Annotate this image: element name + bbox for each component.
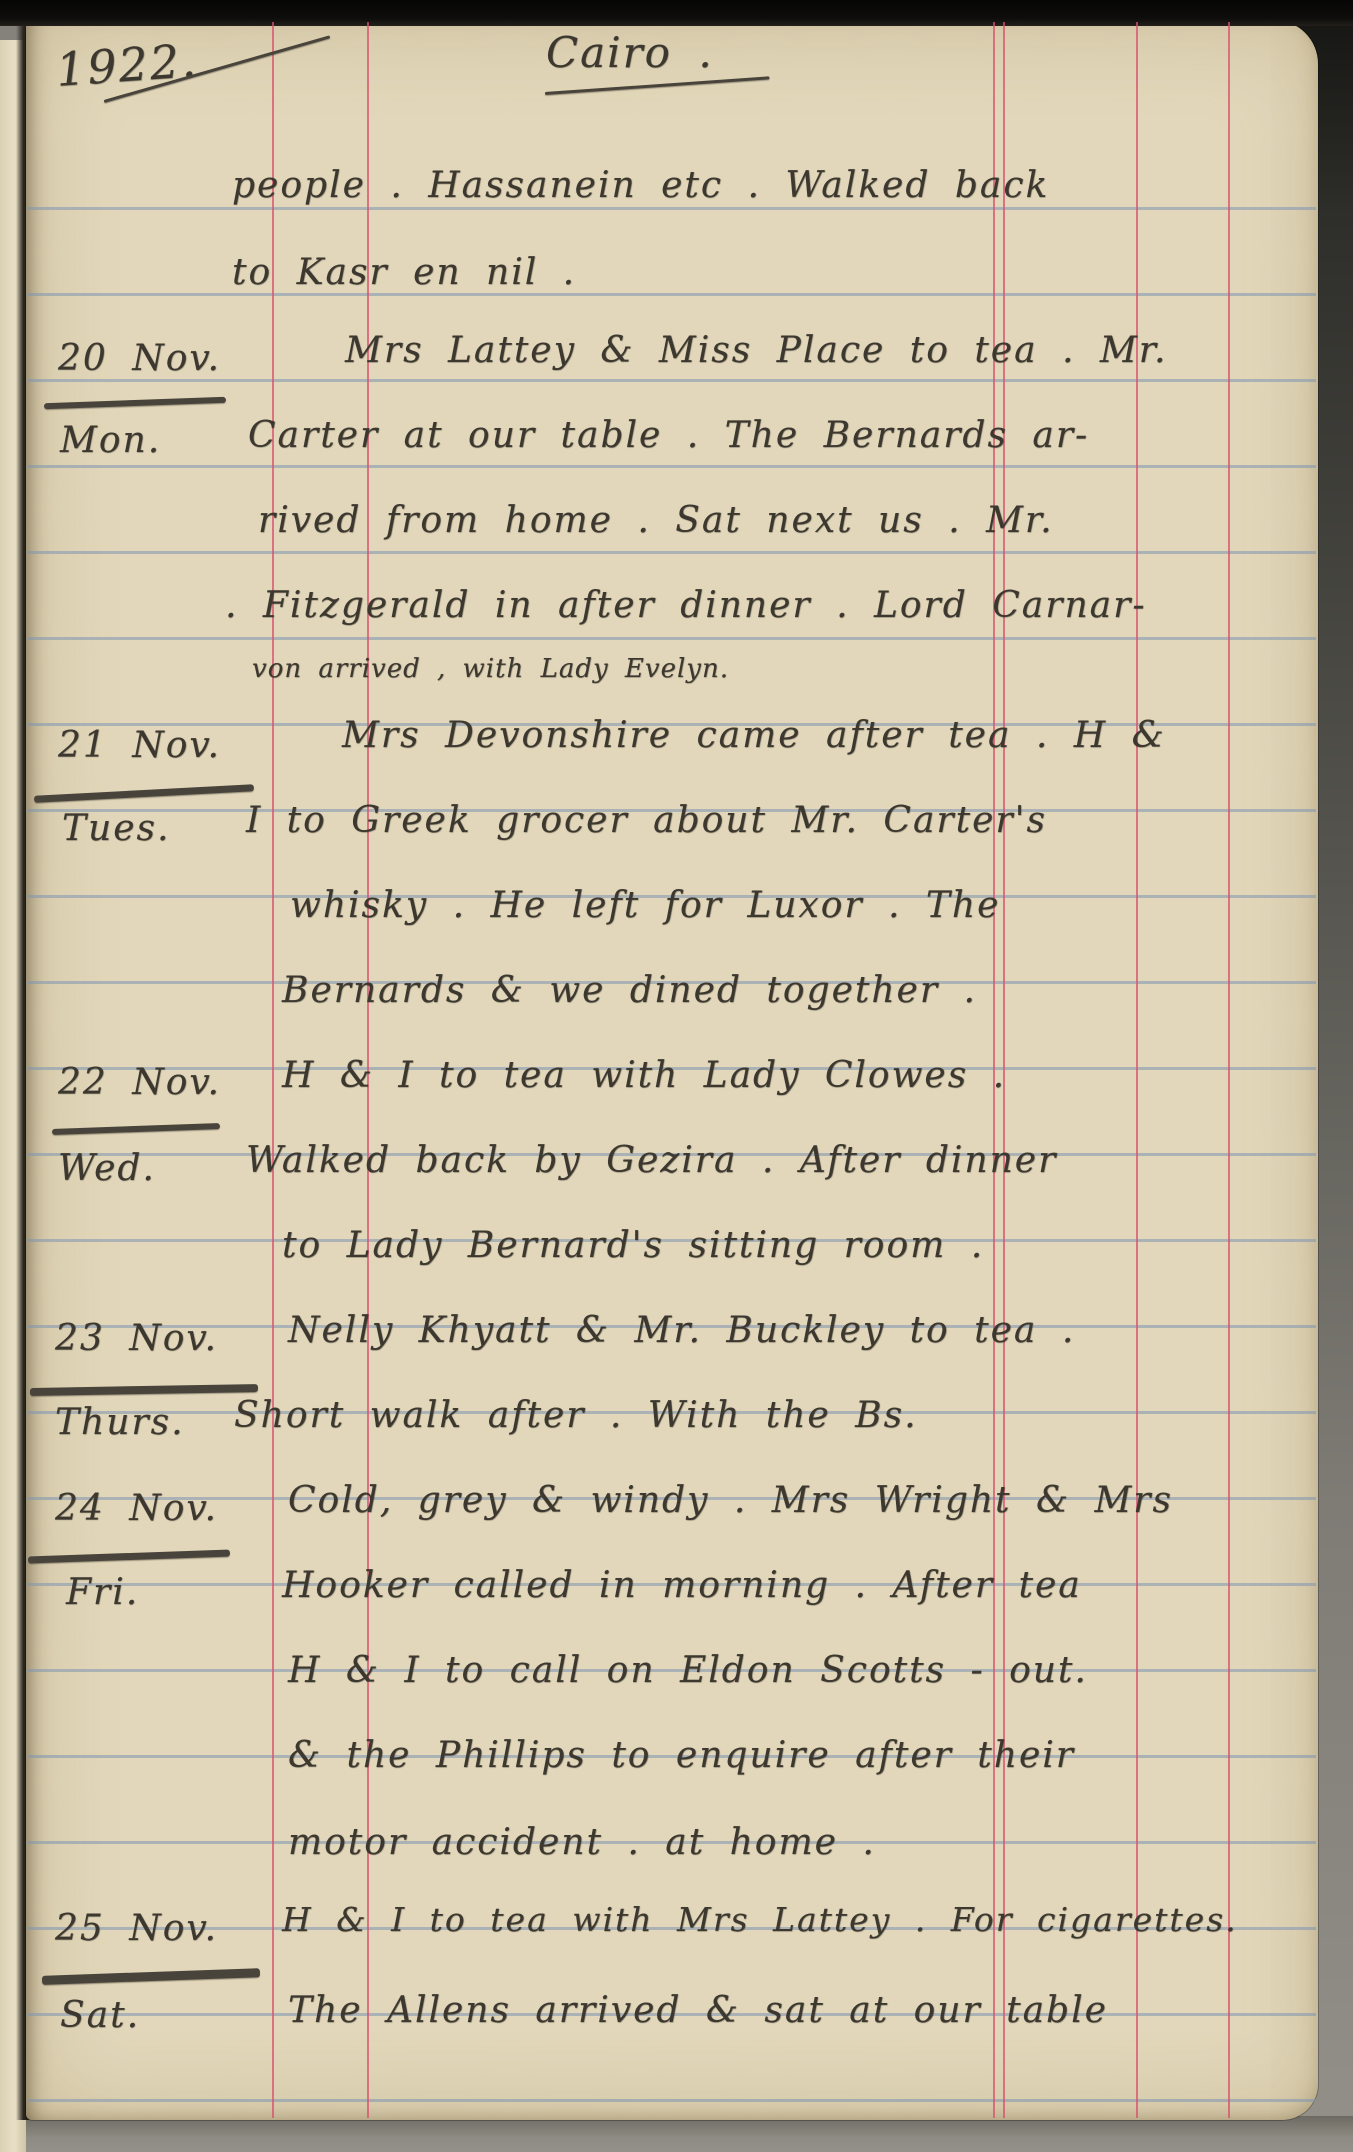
diary-line: Short walk after . With the Bs. <box>234 1395 918 1436</box>
year-label: 1922. <box>54 33 199 97</box>
entry-date: 21 Nov. <box>58 725 221 766</box>
entry-date: 20 Nov. <box>58 338 221 379</box>
diary-line: Walked back by Gezira . After dinner <box>246 1140 1057 1181</box>
diary-line: to Lady Bernard's sitting room . <box>282 1225 984 1266</box>
margin-line-left-outer <box>272 22 274 2118</box>
diary-photo: { "colors": { "paper": "#e2d7ba", "ink":… <box>0 0 1353 2152</box>
diary-line: The Allens arrived & sat at our table <box>288 1990 1108 2031</box>
diary-line: H & I to tea with Mrs Lattey . For cigar… <box>282 1900 1238 1939</box>
diary-line: I to Greek grocer about Mr. Carter's <box>246 800 1047 841</box>
diary-line: rived from home . Sat next us . Mr. <box>258 500 1054 541</box>
entry-day: Sat. <box>60 1995 140 2036</box>
diary-line: & the Phillips to enquire after their <box>288 1735 1075 1776</box>
entry-date: 23 Nov. <box>55 1318 218 1359</box>
entry-date: 25 Nov. <box>55 1908 218 1949</box>
diary-line: Nelly Khyatt & Mr. Buckley to tea . <box>288 1310 1075 1351</box>
diary-line: Mrs Devonshire came after tea . H & <box>342 715 1166 756</box>
entry-day: Mon. <box>60 420 161 461</box>
diary-line: Cold, grey & windy . Mrs Wright & Mrs <box>288 1480 1173 1521</box>
diary-line: Carter at our table . The Bernards ar- <box>248 415 1089 456</box>
diary-line: to Kasr en nil . <box>232 252 576 293</box>
diary-line: H & I to call on Eldon Scotts - out. <box>288 1650 1088 1691</box>
diary-line: . Fitzgerald in after dinner . Lord Carn… <box>225 585 1146 626</box>
margin-line-right-single-2 <box>1228 22 1230 2118</box>
table-background-bottom <box>0 2116 1353 2152</box>
diary-line-interlinear: von arrived , with Lady Evelyn. <box>252 654 729 684</box>
entry-date: 24 Nov. <box>55 1488 218 1529</box>
diary-line: whisky . He left for Luxor . The <box>290 885 1000 926</box>
entry-day: Thurs. <box>55 1402 185 1443</box>
diary-line: H & I to tea with Lady Clowes . <box>282 1055 1006 1096</box>
diary-line: Bernards & we dined together . <box>282 970 977 1011</box>
table-background-top <box>0 0 1353 26</box>
entry-day: Tues. <box>62 808 170 849</box>
diary-line: Mrs Lattey & Miss Place to tea . Mr. <box>345 330 1167 371</box>
diary-line: Hooker called in morning . After tea <box>282 1565 1082 1606</box>
entry-date: 22 Nov. <box>58 1062 221 1103</box>
entry-day: Fri. <box>66 1572 139 1613</box>
diary-line: people . Hassanein etc . Walked back <box>232 165 1049 206</box>
diary-line: motor accident . at home . <box>288 1822 876 1863</box>
page-title: Cairo . <box>546 28 714 77</box>
entry-day: Wed. <box>58 1148 156 1189</box>
